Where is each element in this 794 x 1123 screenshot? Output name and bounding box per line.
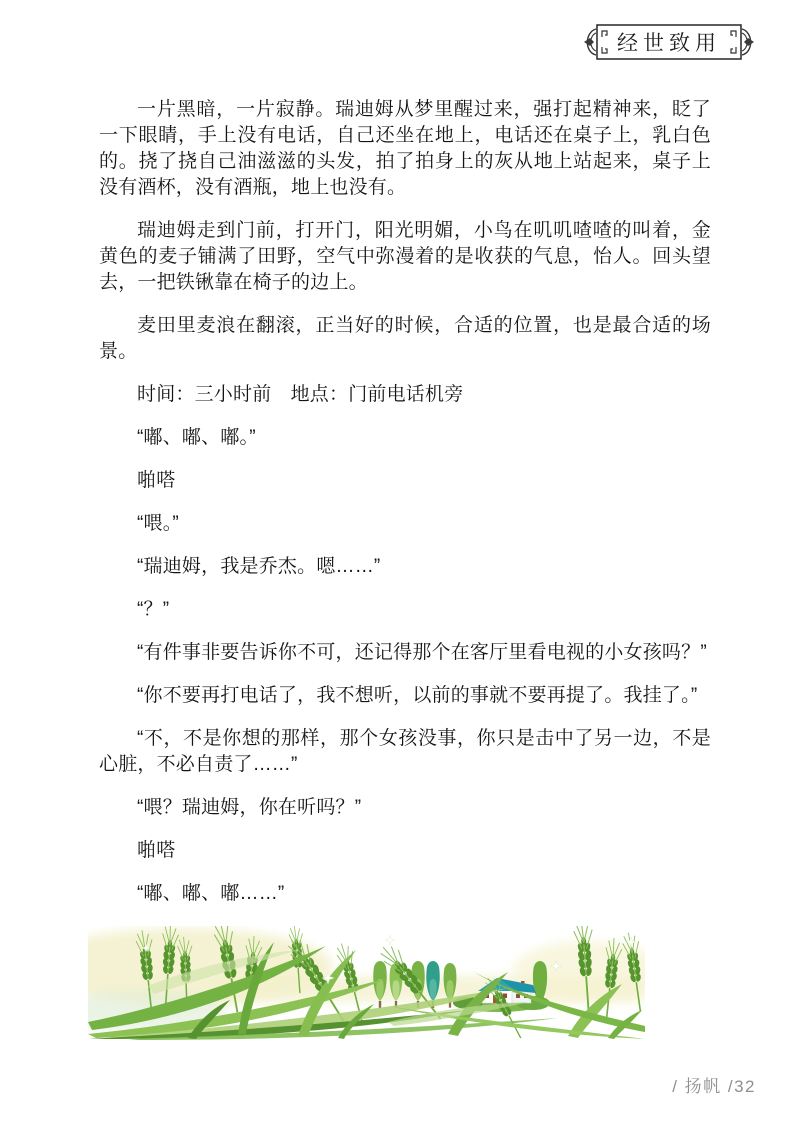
paragraph: 一片黑暗，一片寂静。瑞迪姆从梦里醒过来，强打起精神来，眨了一下眼睛，手上没有电话… (99, 97, 711, 201)
paragraph: 啪嗒 (99, 468, 711, 494)
paragraph: 啪嗒 (99, 838, 711, 864)
paragraph: 麦田里麦浪在翻滚，正当好的时候，合适的位置，也是最合适的场景。 (99, 313, 711, 365)
paragraph: “你不要再打电话了，我不想听，以前的事就不要再提了。我挂了。” (99, 683, 711, 709)
badge-label: 经世致用 (617, 32, 721, 55)
page-footer: / 扬帆 /32 (672, 1072, 756, 1097)
paragraph: 瑞迪姆走到门前，打开门，阳光明媚，小鸟在叽叽喳喳的叫着，金黄色的麦子铺满了田野，… (99, 218, 711, 296)
paragraph: “不，不是你想的那样，那个女孩没事，你只是击中了另一边，不是心脏，不必自责了……… (99, 726, 711, 778)
story-text: 一片黑暗，一片寂静。瑞迪姆从梦里醒过来，强打起精神来，眨了一下眼睛，手上没有电话… (99, 97, 711, 924)
paragraph: “嘟、嘟、嘟。” (99, 425, 711, 451)
badge-frame: 经世致用 (580, 20, 758, 64)
paragraph: 时间：三小时前 地点：门前电话机旁 (99, 382, 711, 408)
paragraph: “有件事非要告诉你不可，还记得那个在客厅里看电视的小女孩吗？” (99, 640, 711, 666)
wheat-field-illustration (88, 926, 645, 1040)
paragraph: “喂？瑞迪姆，你在听吗？” (99, 795, 711, 821)
paragraph: “？” (99, 597, 711, 623)
paragraph: “喂。” (99, 511, 711, 537)
paragraph: “嘟、嘟、嘟……” (99, 881, 711, 907)
section-badge: 经世致用 (580, 20, 758, 64)
book-page: 经世致用 一片黑暗，一片寂静。瑞迪姆从梦里醒过来，强打起精神来，眨了一下眼睛，手… (0, 0, 794, 1123)
paragraph: “瑞迪姆，我是乔杰。嗯……” (99, 554, 711, 580)
